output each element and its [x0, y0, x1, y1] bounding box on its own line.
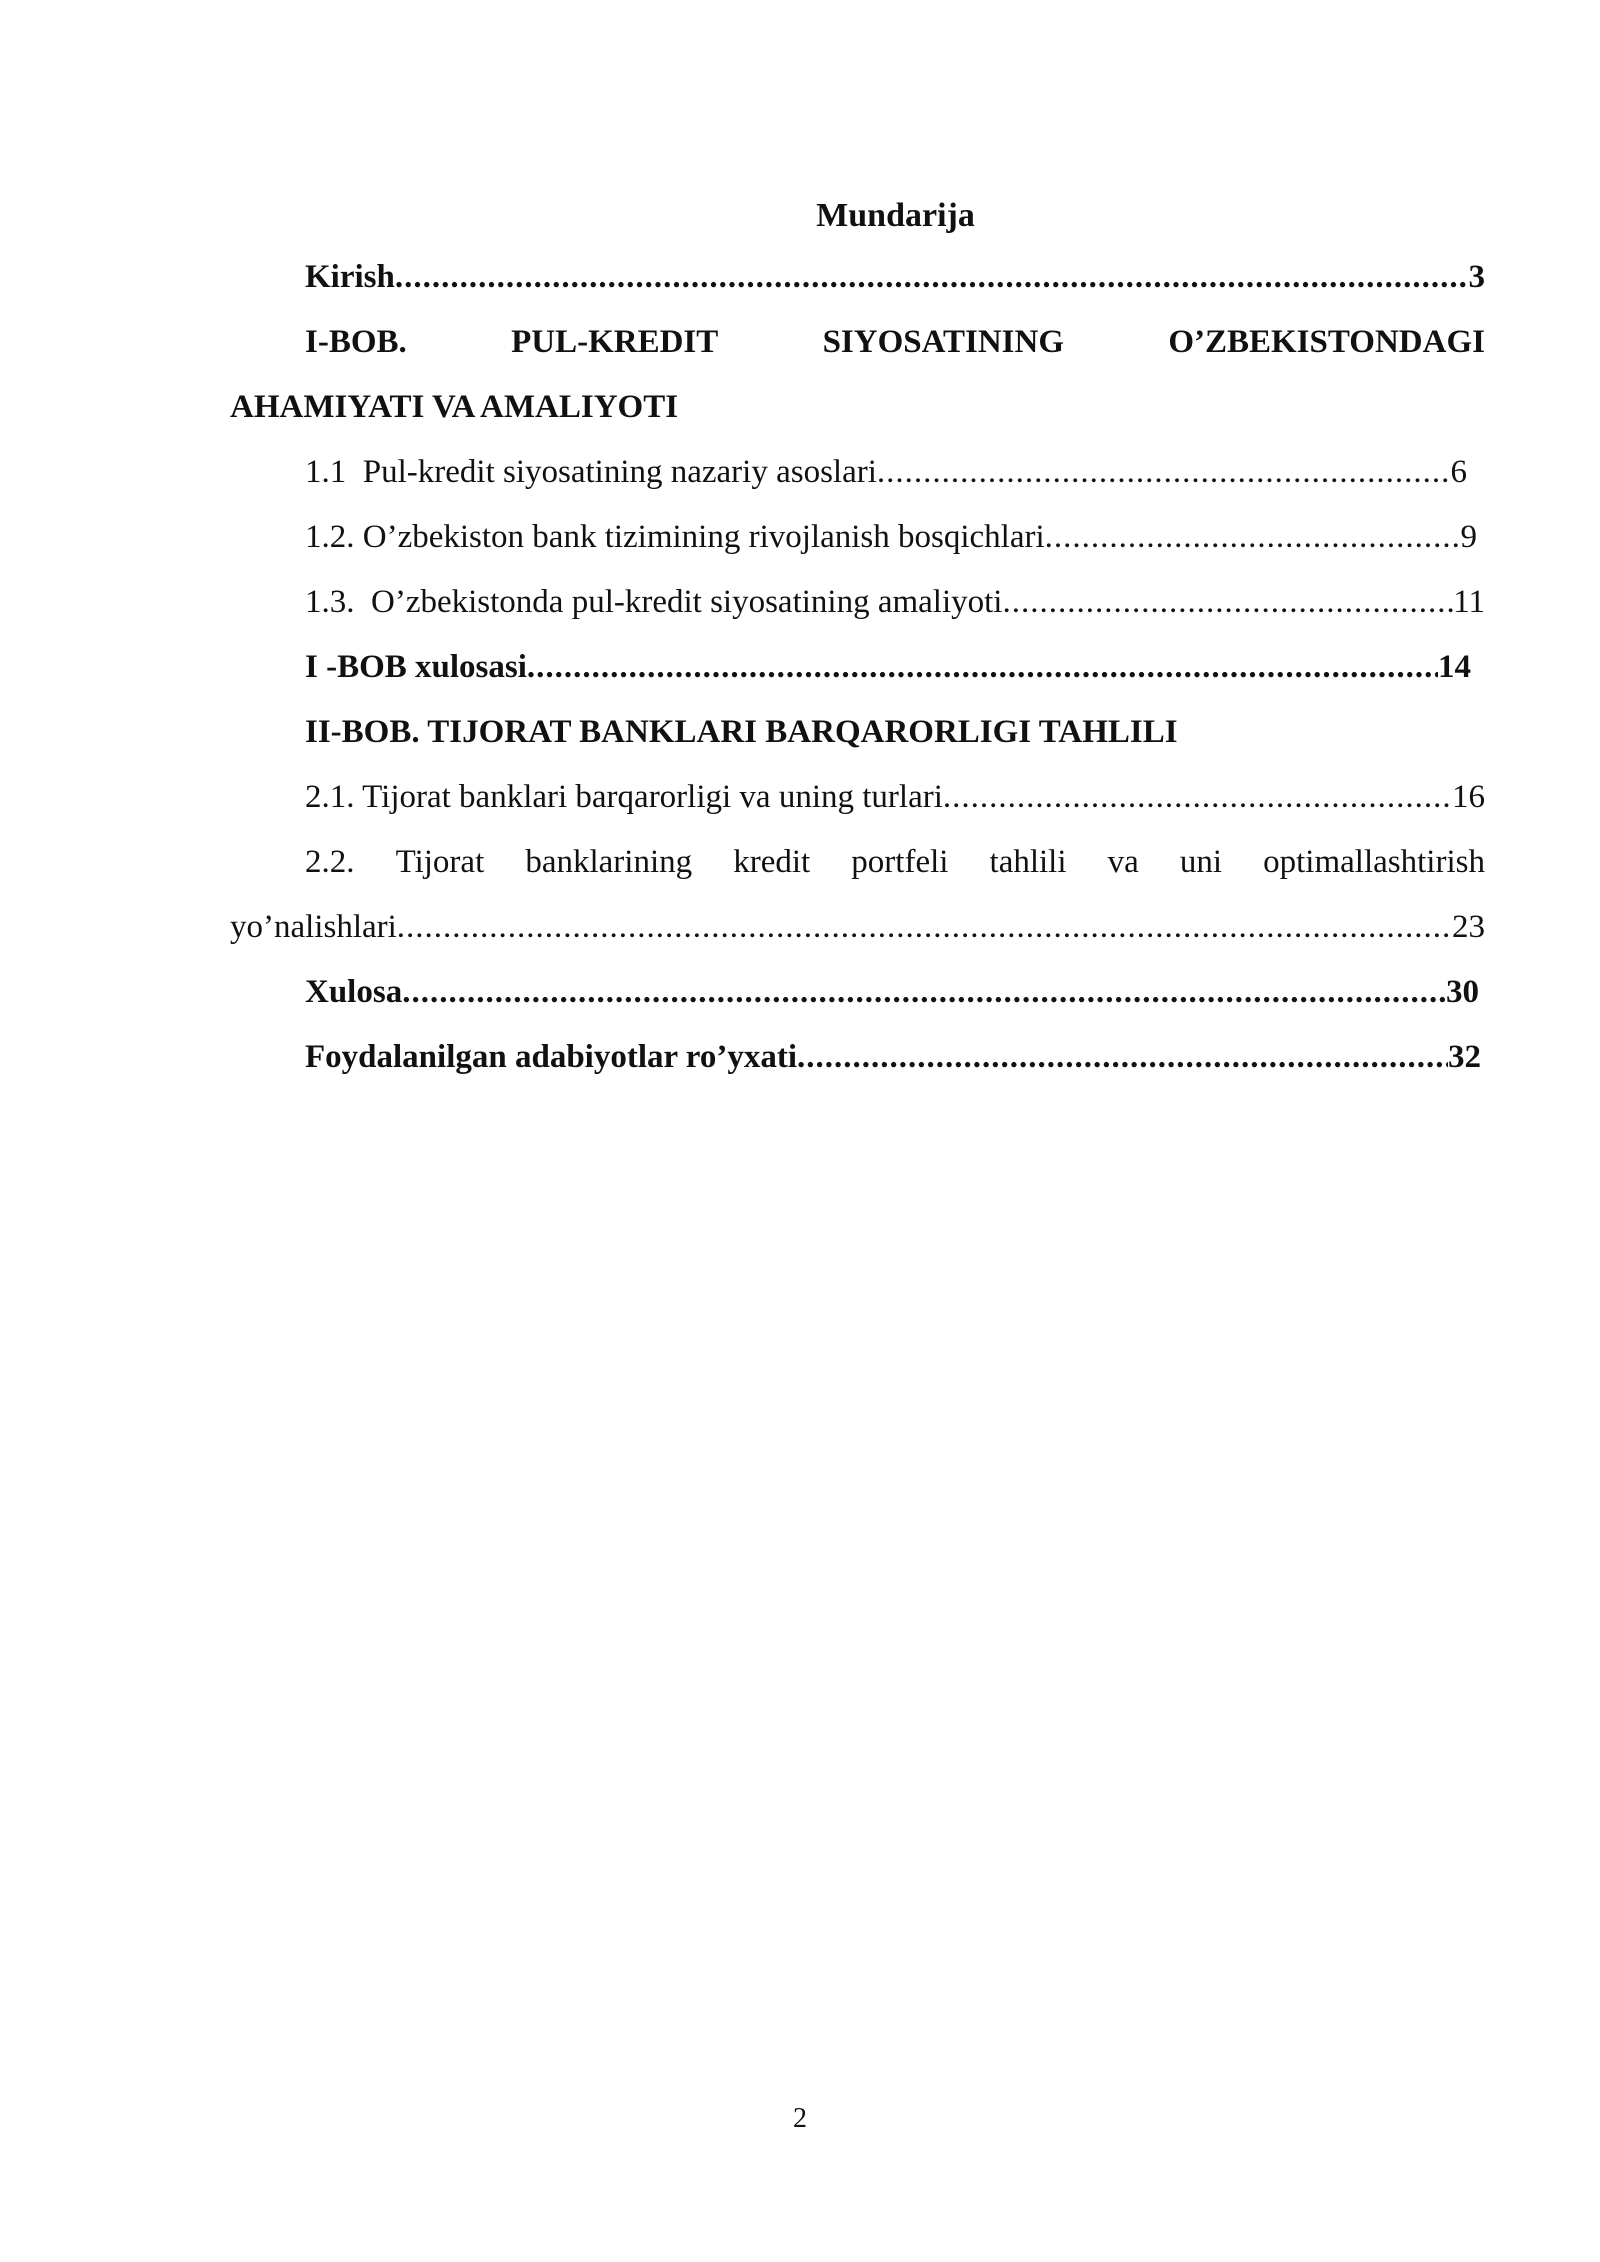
toc-entry-label: Xulosa — [305, 972, 402, 1012]
toc-entry-kirish[interactable]: Kirish 3 — [230, 257, 1485, 297]
toc-leader-dots — [943, 777, 1452, 817]
toc-word: SIYOSATINING — [823, 322, 1064, 362]
toc-word: tahlili — [990, 842, 1067, 882]
toc-word: Tijorat — [396, 842, 485, 882]
page-number: 2 — [0, 2103, 1600, 2135]
toc-entry-references[interactable]: Foydalanilgan adabiyotlar ro’yxati 32 — [230, 1037, 1485, 1077]
toc-entry-label: Foydalanilgan adabiyotlar ro’yxati — [305, 1037, 797, 1077]
toc-word: va — [1108, 842, 1139, 882]
toc-leader-dots — [1045, 517, 1461, 557]
toc-leader-dots — [397, 907, 1452, 947]
toc-entry-page: 16 — [1452, 777, 1485, 817]
toc-entry-label: I -BOB xulosasi — [305, 647, 527, 687]
toc-word: uni — [1180, 842, 1222, 882]
toc-entry-page: 32 — [1448, 1037, 1481, 1077]
toc-entry-page: 23 — [1452, 907, 1485, 947]
toc-title: Mundarija — [230, 196, 1485, 236]
toc-entry-2-2-continuation[interactable]: yo’nalishlari 23 — [230, 907, 1485, 947]
toc-entry-label: yo’nalishlari — [230, 907, 397, 947]
toc-entry-2-2[interactable]: 2.2. Tijorat banklarining kredit portfel… — [230, 842, 1485, 882]
toc-word: 2.2. — [305, 842, 355, 882]
toc-leader-dots — [1002, 582, 1453, 622]
toc-entry-label: 1.2. O’zbekiston bank tizimining rivojla… — [305, 517, 1045, 557]
toc-leader-dots — [395, 257, 1469, 297]
toc-entry-1-3[interactable]: 1.3. O’zbekistonda pul-kredit siyosatini… — [230, 582, 1485, 622]
toc-entry-2-1[interactable]: 2.1. Tijorat banklari barqarorligi va un… — [230, 777, 1485, 817]
toc-entry-page: 14 — [1438, 647, 1471, 687]
toc-entry-page: 30 — [1446, 972, 1479, 1012]
toc-leader-dots — [402, 972, 1446, 1012]
document-page: Mundarija Kirish 3 I-BOB. PUL-KREDIT SIY… — [0, 0, 1600, 2262]
toc-entry-page: 6 — [1451, 452, 1468, 492]
toc-entry-chapter-1-continuation: AHAMIYATI VA AMALIYOTI — [230, 387, 1485, 427]
toc-entry-page: 3 — [1469, 257, 1486, 297]
toc-entry-label: 2.1. Tijorat banklari barqarorligi va un… — [305, 777, 943, 817]
toc-word: kredit — [733, 842, 810, 882]
toc-word: O’ZBEKISTONDAGI — [1168, 322, 1485, 362]
toc-word: I-BOB. — [305, 322, 407, 362]
toc-word: portfeli — [851, 842, 948, 882]
toc-word: PUL-KREDIT — [511, 322, 718, 362]
toc-entry-1-1[interactable]: 1.1 Pul-kredit siyosatining nazariy asos… — [230, 452, 1485, 492]
toc-entry-chapter-2[interactable]: II-BOB. TIJORAT BANKLARI BARQARORLIGI TA… — [230, 712, 1485, 752]
toc-leader-dots — [797, 1037, 1448, 1077]
toc-entry-label: Kirish — [305, 257, 395, 297]
toc-entry-1-2[interactable]: 1.2. O’zbekiston bank tizimining rivojla… — [230, 517, 1485, 557]
toc-entry-label: 1.1 Pul-kredit siyosatining nazariy asos… — [305, 452, 877, 492]
toc-leader-dots — [527, 647, 1438, 687]
toc-entry-page: 11 — [1453, 582, 1485, 622]
toc-entry-label: 1.3. O’zbekistonda pul-kredit siyosatini… — [305, 582, 1002, 622]
toc-word: optimallashtirish — [1263, 842, 1485, 882]
toc-word: banklarining — [525, 842, 692, 882]
toc-entry-chapter-1-summary[interactable]: I -BOB xulosasi 14 — [230, 647, 1485, 687]
toc-entry-page: 9 — [1461, 517, 1478, 557]
toc-entry-chapter-1[interactable]: I-BOB. PUL-KREDIT SIYOSATINING O’ZBEKIST… — [230, 322, 1485, 362]
toc-leader-dots — [877, 452, 1451, 492]
toc-entry-conclusion[interactable]: Xulosa 30 — [230, 972, 1485, 1012]
